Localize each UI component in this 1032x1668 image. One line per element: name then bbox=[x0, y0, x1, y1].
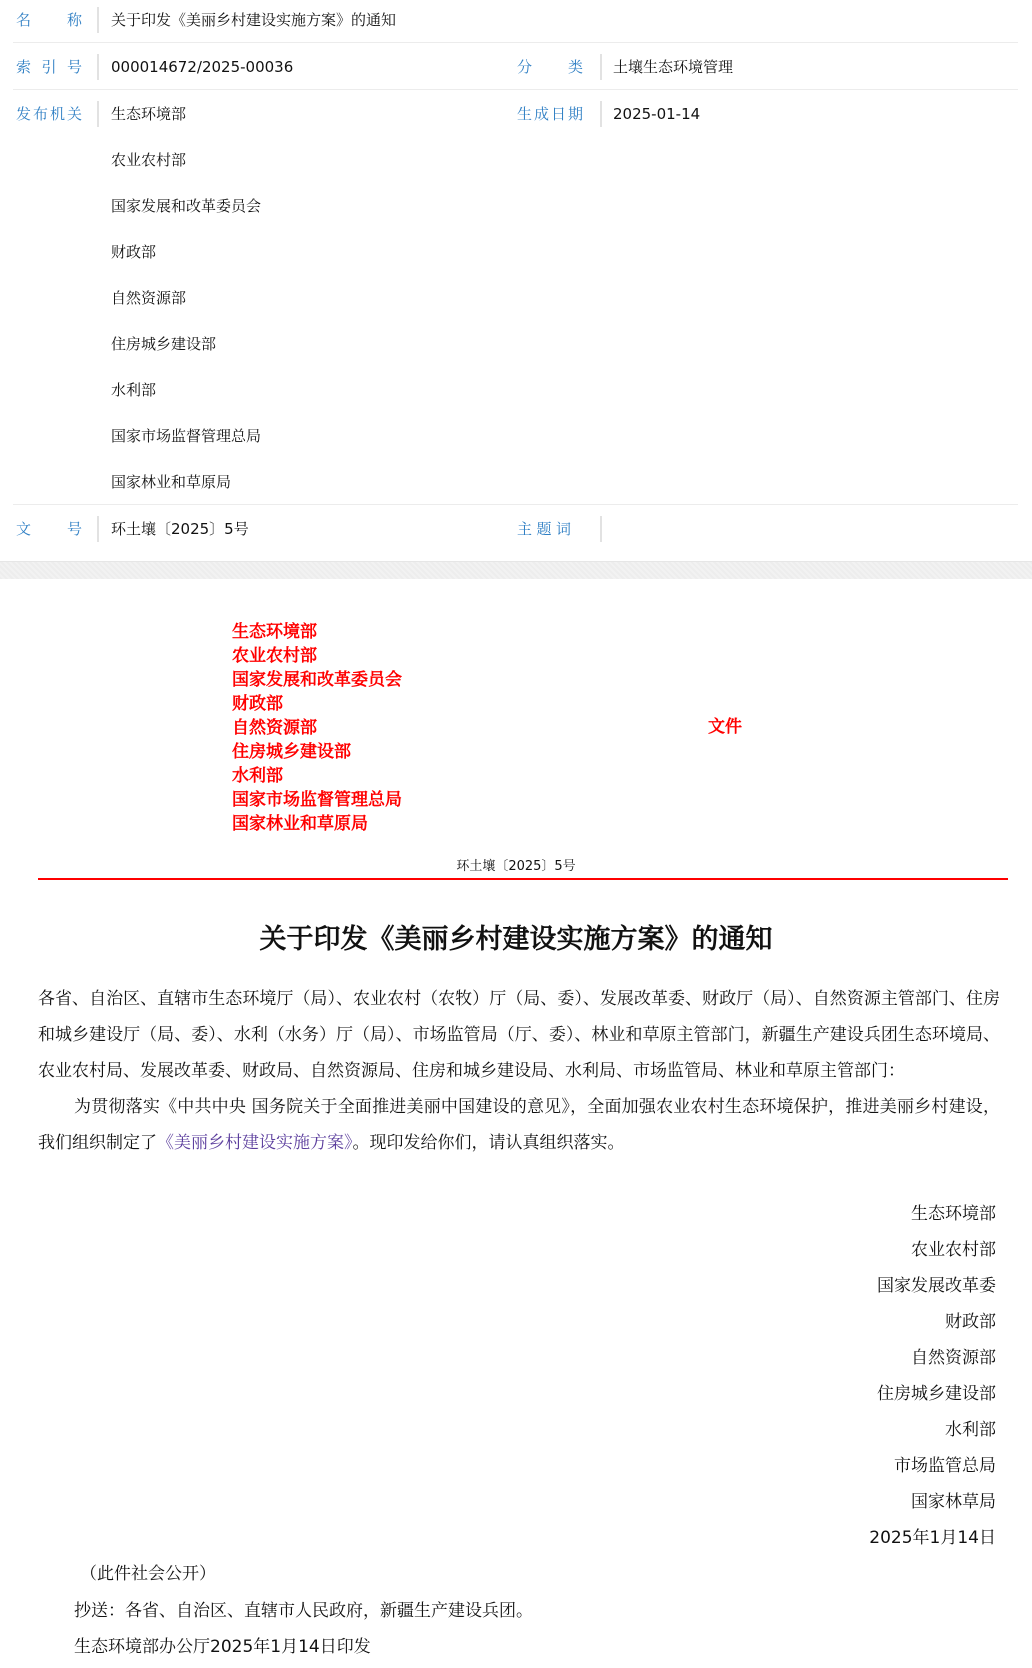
red-issuer: 水利部 bbox=[232, 764, 402, 788]
signature: 国家发展改革委 bbox=[869, 1268, 996, 1304]
issuer-item: 自然资源部 bbox=[111, 287, 186, 309]
signature: 国家林草局 bbox=[869, 1484, 996, 1520]
divider-bar bbox=[600, 101, 602, 127]
red-issuer: 国家市场监督管理总局 bbox=[232, 788, 402, 812]
issuer-item: 生态环境部 bbox=[111, 103, 186, 125]
date-value: 2025-01-14 bbox=[613, 103, 700, 125]
red-issuer: 自然资源部 bbox=[232, 716, 402, 740]
cc-line: 抄送：各省、自治区、直辖市人民政府，新疆生产建设兵团。 bbox=[74, 1599, 533, 1623]
divider-bar bbox=[97, 54, 99, 80]
divider-bar bbox=[97, 101, 99, 127]
divider-bar bbox=[600, 516, 602, 542]
name-label: 名 称 bbox=[16, 9, 82, 31]
red-issuer: 住房城乡建设部 bbox=[232, 740, 402, 764]
date-label: 生 成 日 期 bbox=[517, 103, 583, 125]
divider-bar bbox=[97, 516, 99, 542]
red-file-label: 文件 bbox=[708, 715, 742, 739]
sign-date: 2025年1月14日 bbox=[869, 1520, 996, 1556]
issuer-item: 水利部 bbox=[111, 379, 156, 401]
issuer-item: 国家市场监督管理总局 bbox=[111, 425, 261, 447]
body-paragraph: 为贯彻落实《中共中央 国务院关于全面推进美丽中国建设的意见》，全面加强农业农村生… bbox=[38, 1089, 1000, 1161]
docno-label: 文 号 bbox=[16, 518, 82, 540]
row-separator bbox=[13, 89, 1018, 90]
addressees: 各省、自治区、直辖市生态环境厅（局）、农业农村（农牧）厅（局、委）、发展改革委、… bbox=[38, 981, 1000, 1089]
divider-bar bbox=[600, 54, 602, 80]
printed-by: 生态环境部办公厅2025年1月14日印发 bbox=[74, 1635, 371, 1659]
issuer-item: 国家发展和改革委员会 bbox=[111, 195, 261, 217]
red-issuer: 农业农村部 bbox=[232, 644, 402, 668]
issuer-item: 住房城乡建设部 bbox=[111, 333, 216, 355]
issuer-item: 国家林业和草原局 bbox=[111, 471, 231, 493]
red-issuer: 生态环境部 bbox=[232, 620, 402, 644]
red-issuer: 财政部 bbox=[232, 692, 402, 716]
name-value: 关于印发《美丽乡村建设实施方案》的通知 bbox=[111, 9, 396, 31]
signature: 生态环境部 bbox=[869, 1196, 996, 1232]
issuer-item: 农业农村部 bbox=[111, 149, 186, 171]
signature: 财政部 bbox=[869, 1304, 996, 1340]
document-number: 环土壤〔2025〕5号 bbox=[0, 855, 1032, 874]
red-rule bbox=[38, 878, 1008, 880]
section-divider-band bbox=[0, 561, 1032, 579]
attachment-link[interactable]: 《美丽乡村建设实施方案》 bbox=[157, 1133, 353, 1153]
divider-bar bbox=[97, 7, 99, 33]
issuer-item: 财政部 bbox=[111, 241, 156, 263]
document-body: 各省、自治区、直辖市生态环境厅（局）、农业农村（农牧）厅（局、委）、发展改革委、… bbox=[38, 981, 1000, 1161]
document-title: 关于印发《美丽乡村建设实施方案》的通知 bbox=[0, 917, 1032, 956]
signature: 农业农村部 bbox=[869, 1232, 996, 1268]
index-value: 000014672/2025-00036 bbox=[111, 56, 293, 78]
red-header-issuers: 生态环境部 农业农村部 国家发展和改革委员会 财政部 自然资源部 住房城乡建设部… bbox=[232, 620, 402, 836]
issuer-label: 发 布 机 关 bbox=[16, 103, 82, 125]
row-separator bbox=[13, 504, 1018, 505]
row-separator bbox=[13, 42, 1018, 43]
public-note: （此件社会公开） bbox=[80, 1562, 216, 1586]
keywords-label: 主 题 词 bbox=[517, 518, 571, 540]
category-value: 土壤生态环境管理 bbox=[613, 56, 733, 78]
signature-block: 生态环境部 农业农村部 国家发展改革委 财政部 自然资源部 住房城乡建设部 水利… bbox=[869, 1196, 996, 1556]
index-label: 索 引 号 bbox=[16, 56, 82, 78]
signature: 市场监管总局 bbox=[869, 1448, 996, 1484]
docno-value: 环土壤〔2025〕5号 bbox=[111, 518, 249, 540]
signature: 自然资源部 bbox=[869, 1340, 996, 1376]
category-label: 分 类 bbox=[517, 56, 583, 78]
red-issuer: 国家林业和草原局 bbox=[232, 812, 402, 836]
signature: 住房城乡建设部 bbox=[869, 1376, 996, 1412]
red-issuer: 国家发展和改革委员会 bbox=[232, 668, 402, 692]
signature: 水利部 bbox=[869, 1412, 996, 1448]
